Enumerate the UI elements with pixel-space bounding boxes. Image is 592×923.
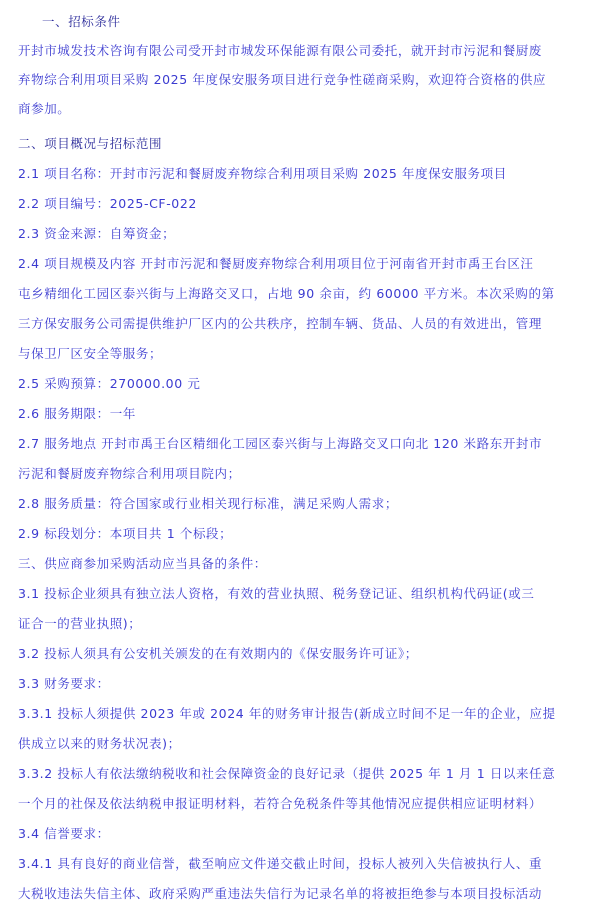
section-heading: 一、招标条件 bbox=[42, 14, 121, 30]
paragraph-line: 2.4 项目规模及内容 开封市污泥和餐厨废弃物综合利用项目位于河南省开封市禹王台… bbox=[18, 256, 534, 272]
paragraph-line: 证合一的营业执照)； bbox=[18, 616, 141, 632]
paragraph-line: 供成立以来的财务状况表)； bbox=[18, 736, 181, 752]
paragraph-line: 三、供应商参加采购活动应当具备的条件： bbox=[18, 556, 267, 572]
paragraph-line: 3.3.1 投标人须提供 2023 年或 2024 年的财务审计报告(新成立时间… bbox=[18, 706, 556, 722]
paragraph-line: 弃物综合利用项目采购 2025 年度保安服务项目进行竞争性磋商采购，欢迎符合资格… bbox=[18, 72, 546, 88]
paragraph-line: 2.1 项目名称：开封市污泥和餐厨废弃物综合利用项目采购 2025 年度保安服务… bbox=[18, 166, 507, 182]
paragraph-line: 与保卫厂区安全等服务； bbox=[18, 346, 162, 362]
section-heading: 二、项目概况与招标范围 bbox=[18, 136, 162, 152]
paragraph-line: 3.2 投标人须具有公安机关颁发的在有效期内的《保安服务许可证》； bbox=[18, 646, 418, 662]
paragraph-line: 3.1 投标企业须具有独立法人资格，有效的营业执照、税务登记证、组织机构代码证(… bbox=[18, 586, 534, 602]
paragraph-line: 2.9 标段划分：本项目共 1 个标段； bbox=[18, 526, 232, 542]
paragraph-line: 2.7 服务地点 开封市禹王台区精细化工园区泰兴街与上海路交叉口向北 120 米… bbox=[18, 436, 542, 452]
paragraph-line: 2.6 服务期限：一年 bbox=[18, 406, 136, 422]
paragraph-line: 3.3 财务要求： bbox=[18, 676, 110, 692]
paragraph-line: 屯乡精细化工园区泰兴街与上海路交叉口，占地 90 余亩，约 60000 平方米。… bbox=[18, 286, 555, 302]
paragraph-line: 商参加。 bbox=[18, 101, 70, 117]
paragraph-line: 大税收违法失信主体、政府采购严重违法失信行为记录名单的将被拒绝参与本项目投标活动 bbox=[18, 886, 542, 902]
paragraph-line: 三方保安服务公司需提供维护厂区内的公共秩序，控制车辆、货品、人员的有效进出，管理 bbox=[18, 316, 542, 332]
paragraph-line: 2.5 采购预算：270000.00 元 bbox=[18, 376, 200, 392]
paragraph-line: 2.3 资金来源：自筹资金； bbox=[18, 226, 175, 242]
paragraph-line: 3.4.1 具有良好的商业信誉，截至响应文件递交截止时间，投标人被列入失信被执行… bbox=[18, 856, 542, 872]
paragraph-line: 一个月的社保及依法纳税申报证明材料，若符合免税条件等其他情况应提供相应证明材料） bbox=[18, 796, 542, 812]
paragraph-line: 污泥和餐厨废弃物综合利用项目院内； bbox=[18, 466, 241, 482]
paragraph-line: 开封市城发技术咨询有限公司受开封市城发环保能源有限公司委托，就开封市污泥和餐厨废 bbox=[18, 43, 542, 59]
paragraph-line: 2.8 服务质量：符合国家或行业相关现行标准，满足采购人需求； bbox=[18, 496, 398, 512]
paragraph-line: 3.4 信誉要求： bbox=[18, 826, 110, 842]
paragraph-line: 3.3.2 投标人有依法缴纳税收和社会保障资金的良好记录（提供 2025 年 1… bbox=[18, 766, 555, 782]
paragraph-line: 2.2 项目编号：2025-CF-022 bbox=[18, 196, 197, 212]
